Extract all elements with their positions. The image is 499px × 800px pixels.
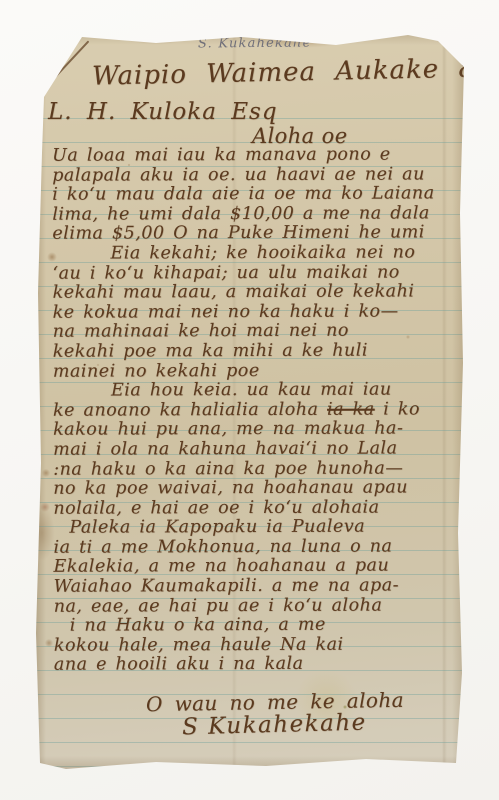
archival-pencil-note: S. Kukahekahe bbox=[198, 36, 312, 52]
letter-line: mainei no kekahi poe bbox=[53, 361, 457, 382]
struck-words: ia ka bbox=[327, 399, 375, 419]
letter-signature: S Kukahekahe bbox=[182, 710, 367, 741]
letter-line: na, eae, ae hai pu ae i koʻu aloha bbox=[54, 596, 458, 617]
letter-line: no ka poe waivai, na hoahanau apau bbox=[53, 478, 457, 499]
letter-line: Paleka ia Kapopaku ia Pualeva bbox=[53, 518, 457, 539]
letter-line: i koʻu mau dala aie ia oe ma ko Laiana bbox=[52, 184, 456, 205]
letter-line: kakou hui pu ana, me na makua ha- bbox=[53, 420, 457, 441]
letter-line: Eia kekahi; ke hooikaika nei no bbox=[52, 243, 456, 264]
letter-line: mai i ola na kahuna havaiʻi no Lala bbox=[53, 439, 457, 460]
letter-line: ana e hooili aku i na kala bbox=[54, 655, 458, 676]
page-number-mark: 14 bbox=[43, 36, 65, 57]
letter-body: Ua loaa mai iau ka manava pono epalapala… bbox=[52, 145, 458, 675]
letter-line: na mahinaai ke hoi mai nei no bbox=[53, 322, 457, 343]
letter-line: Waiahao Kaumakapili. a me na apa- bbox=[54, 576, 458, 597]
letter-line: kokou hale, mea haule Na kai bbox=[54, 635, 458, 656]
letter-salutation: L. H. Kuloka Esq bbox=[48, 99, 278, 125]
letter-line: i na Haku o ka aina, a me bbox=[54, 616, 458, 637]
letter-line: kekahi poe ma ka mihi a ke huli bbox=[53, 341, 457, 362]
letter-line: Eia hou keia. ua kau mai iau bbox=[53, 380, 457, 401]
letter-dateline: Waipio Waimea Aukake 8. 65 bbox=[92, 52, 499, 91]
letter-line: Ua loaa mai iau ka manava pono e bbox=[52, 145, 456, 166]
letter-line: ia ti a me Mokhonua, na luna o na bbox=[53, 537, 457, 558]
letter-line: ke kokua mai nei no ka haku i ko— bbox=[53, 302, 457, 323]
corner-pen-stroke bbox=[29, 40, 89, 104]
letter-line: kekahi mau laau, a maikai ole kekahi bbox=[53, 282, 457, 303]
letter-line: nolaila, e hai ae oe i koʻu alohaia bbox=[53, 498, 457, 519]
photo-backdrop: S. Kukahekahe 14 Waipio Waimea Aukake 8.… bbox=[0, 0, 499, 800]
letter-paper: S. Kukahekahe 14 Waipio Waimea Aukake 8.… bbox=[36, 33, 464, 770]
